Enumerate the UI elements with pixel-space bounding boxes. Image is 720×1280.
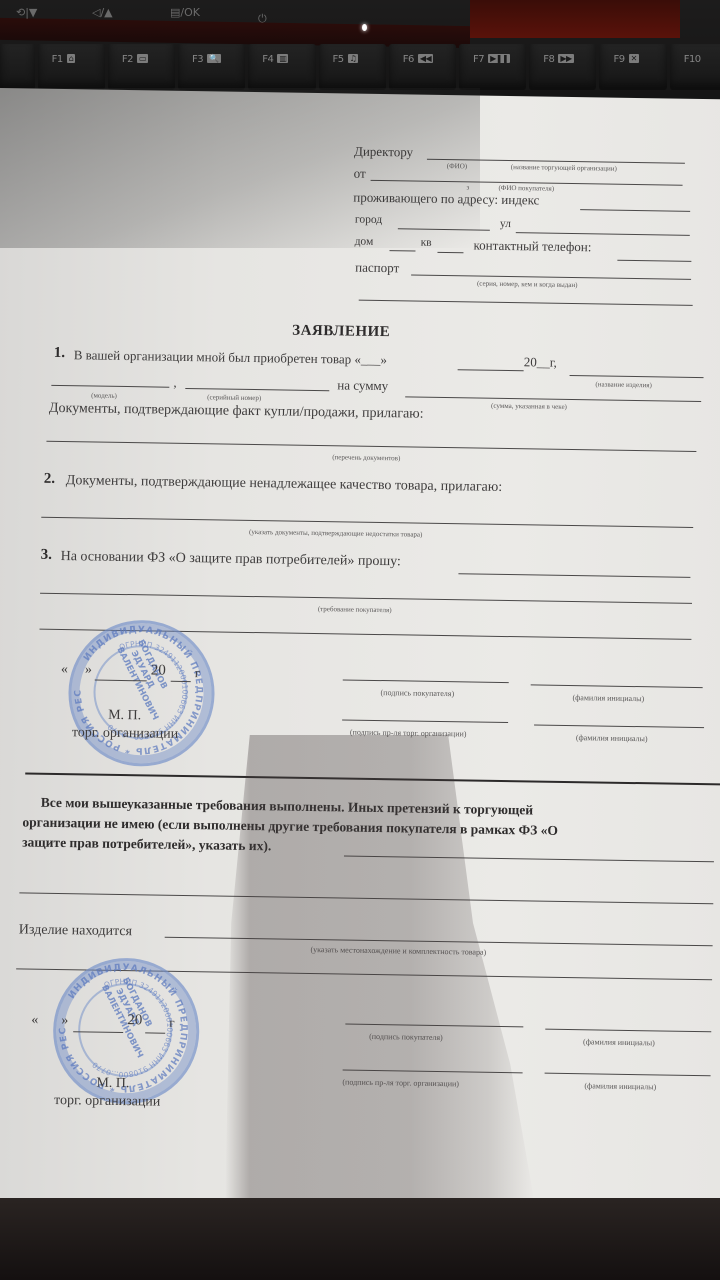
- function-key-row: F1⌂ F2▭ F3🔍 F4▥ F5♫ F6◀◀ F7▶❚❚ F8▶▶ F9✕ …: [0, 44, 720, 90]
- seller-signature-caption: (подпись пр-ля торг. организации): [342, 1078, 459, 1089]
- section-1-number: 1.: [54, 345, 66, 362]
- request-field[interactable]: [458, 573, 690, 578]
- seller-name-caption: (фамилия инициалы): [576, 733, 648, 743]
- address-label: проживающего по адресу: индекс: [353, 190, 539, 209]
- buyer-signature-caption: (подпись покупателя): [369, 1032, 443, 1042]
- tear-off-divider: [25, 772, 720, 785]
- purchase-month-field[interactable]: [458, 369, 524, 371]
- quality-docs-caption: (указать документы, подтверждающие недос…: [249, 528, 422, 539]
- date-close-quote: »: [61, 1013, 68, 1029]
- street-field[interactable]: [516, 232, 690, 236]
- key-f7: F7▶❚❚: [459, 44, 526, 90]
- buyer-signature-caption: (подпись покупателя): [380, 688, 454, 698]
- search-icon: 🔍: [207, 54, 220, 63]
- city-field[interactable]: [398, 228, 490, 230]
- document-title: ЗАЯВЛЕНИЕ: [292, 323, 390, 342]
- location-caption: (указать местонахождение и комплектность…: [310, 945, 486, 957]
- seller-name-caption: (фамилия инициалы): [584, 1081, 656, 1091]
- seller-signature-field[interactable]: [343, 1070, 523, 1074]
- stamp-org-label: торг. организации: [54, 1093, 161, 1111]
- date-year-suffix: г: [169, 1015, 175, 1031]
- key-f1: F1⌂: [38, 44, 105, 90]
- music-icon: ♫: [348, 54, 359, 63]
- date-year: 20: [151, 662, 166, 679]
- keyboard-indicators: ⟲|▼ ◁/▲ ▤/OK ⏻: [0, 0, 400, 30]
- house-field[interactable]: [389, 250, 415, 251]
- model-caption: (модель): [91, 391, 117, 399]
- claim-form-paper: Директору (ФИО) (название торгующей орга…: [0, 88, 720, 1219]
- stamp-place-label: М. П.: [108, 708, 141, 725]
- desk-background: [0, 1198, 720, 1280]
- date-year: 20: [127, 1012, 142, 1029]
- phone-field[interactable]: [617, 260, 691, 262]
- calculator-icon: ▥: [277, 54, 288, 63]
- buyer-caption-prefix: з: [466, 183, 469, 191]
- buyer-signature-field[interactable]: [345, 1024, 523, 1028]
- purchase-docs-text: Документы, подтверждающие факт купли/про…: [49, 401, 424, 423]
- key-f10: F10: [670, 44, 720, 90]
- org-caption: (название торгующей организации): [511, 163, 617, 173]
- other-requirements-field-2[interactable]: [19, 892, 713, 904]
- quality-docs-field[interactable]: [41, 517, 693, 528]
- buyer-name-field[interactable]: [531, 684, 703, 688]
- date-year-suffix: г: [195, 665, 201, 681]
- purchase-docs-field[interactable]: [46, 441, 696, 452]
- buyer-name-field[interactable]: [545, 1029, 711, 1033]
- passport-caption: (серия, номер, кем и когда выдан): [477, 280, 578, 290]
- purchase-docs-caption: (перечень документов): [332, 453, 400, 462]
- section-2-number: 2.: [44, 471, 56, 488]
- mute-icon: ✕: [629, 54, 639, 63]
- key-f8: F8▶▶: [529, 44, 596, 90]
- request-field-2[interactable]: [40, 593, 692, 604]
- apartment-field[interactable]: [437, 252, 463, 253]
- request-caption: (требование покупателя): [318, 605, 392, 614]
- indicator-icon: ⟲|▼: [16, 6, 37, 19]
- section-3-text: На основании ФЗ «О защите прав потребите…: [61, 549, 401, 570]
- date-open-quote: «: [31, 1013, 38, 1029]
- passport-field[interactable]: [411, 274, 691, 279]
- passport-extra-field[interactable]: [359, 300, 693, 306]
- mail-icon: ▭: [137, 54, 148, 63]
- postal-index-field[interactable]: [580, 209, 690, 212]
- play-pause-icon: ▶❚❚: [488, 54, 510, 63]
- comma: ,: [173, 375, 177, 391]
- passport-label: паспорт: [355, 260, 399, 277]
- seller-signature-field[interactable]: [342, 719, 508, 723]
- street-label: ул: [500, 218, 511, 230]
- date-close-quote: »: [85, 662, 92, 678]
- house-label: дом: [355, 236, 374, 248]
- key-f2: F2▭: [108, 44, 175, 90]
- product-name-field[interactable]: [570, 375, 704, 378]
- phone-label: контактный телефон:: [473, 237, 591, 255]
- fio-caption: (ФИО): [447, 162, 467, 170]
- key-f4: F4▥: [248, 44, 315, 90]
- buyer-name-caption: (фамилия инициалы): [572, 693, 644, 703]
- power-led: [362, 24, 367, 31]
- key-edge: [0, 44, 35, 90]
- stamp-org-label: торг. организации: [72, 725, 179, 743]
- fast-forward-icon: ▶▶: [558, 54, 573, 63]
- serial-caption: (серийный номер): [207, 393, 261, 402]
- keyboard-red-panel: [470, 0, 680, 38]
- sum-caption: (сумма, указанная в чеке): [491, 402, 567, 411]
- apartment-label: кв: [421, 237, 432, 249]
- section-2-text: Документы, подтверждающие ненадлежащее к…: [66, 473, 503, 496]
- date-open-quote: «: [61, 662, 68, 678]
- buyer-name-caption: (фамилия инициалы): [583, 1037, 655, 1047]
- location-field[interactable]: [165, 937, 713, 947]
- key-f9: F9✕: [599, 44, 666, 90]
- from-label: от: [354, 166, 366, 182]
- key-f3: F3🔍: [178, 44, 245, 90]
- purchase-year-text: 20__г,: [524, 354, 557, 371]
- seller-name-field[interactable]: [534, 724, 704, 728]
- section-1-text: В вашей организации мной был приобретен …: [74, 347, 387, 368]
- stamp-place-label: М. П.: [96, 1076, 129, 1093]
- sum-label: на сумму: [337, 377, 388, 394]
- buyer-signature-field[interactable]: [343, 679, 509, 683]
- location-label: Изделие находится: [19, 922, 132, 940]
- key-f6: F6◀◀: [389, 44, 456, 90]
- seller-name-field[interactable]: [545, 1073, 711, 1077]
- key-f5: F5♫: [319, 44, 386, 90]
- sum-field[interactable]: [405, 396, 701, 402]
- rewind-icon: ◀◀: [418, 54, 433, 63]
- model-field[interactable]: [51, 385, 169, 388]
- volume-indicator-icon: ◁/▲: [92, 6, 113, 19]
- seller-signature-caption: (подпись пр-ля торг. организации): [350, 728, 467, 739]
- closing-line-3: защите прав потребителей», указать их).: [22, 834, 271, 854]
- other-requirements-field[interactable]: [344, 855, 714, 862]
- seal-stamp-1: ИНДИВИДУАЛЬНЫЙ ПРЕДПРИНИМАТЕЛЬ * РОССИЯ …: [67, 619, 215, 767]
- director-label: Директору: [354, 144, 413, 161]
- city-label: город: [355, 214, 382, 226]
- menu-ok-indicator-icon: ▤/OK: [170, 6, 200, 19]
- serial-number-field[interactable]: [185, 388, 329, 391]
- section-3-number: 3.: [41, 547, 53, 564]
- home-icon: ⌂: [67, 54, 76, 63]
- product-caption: (название изделия): [595, 380, 652, 389]
- power-icon: ⏻: [258, 12, 267, 26]
